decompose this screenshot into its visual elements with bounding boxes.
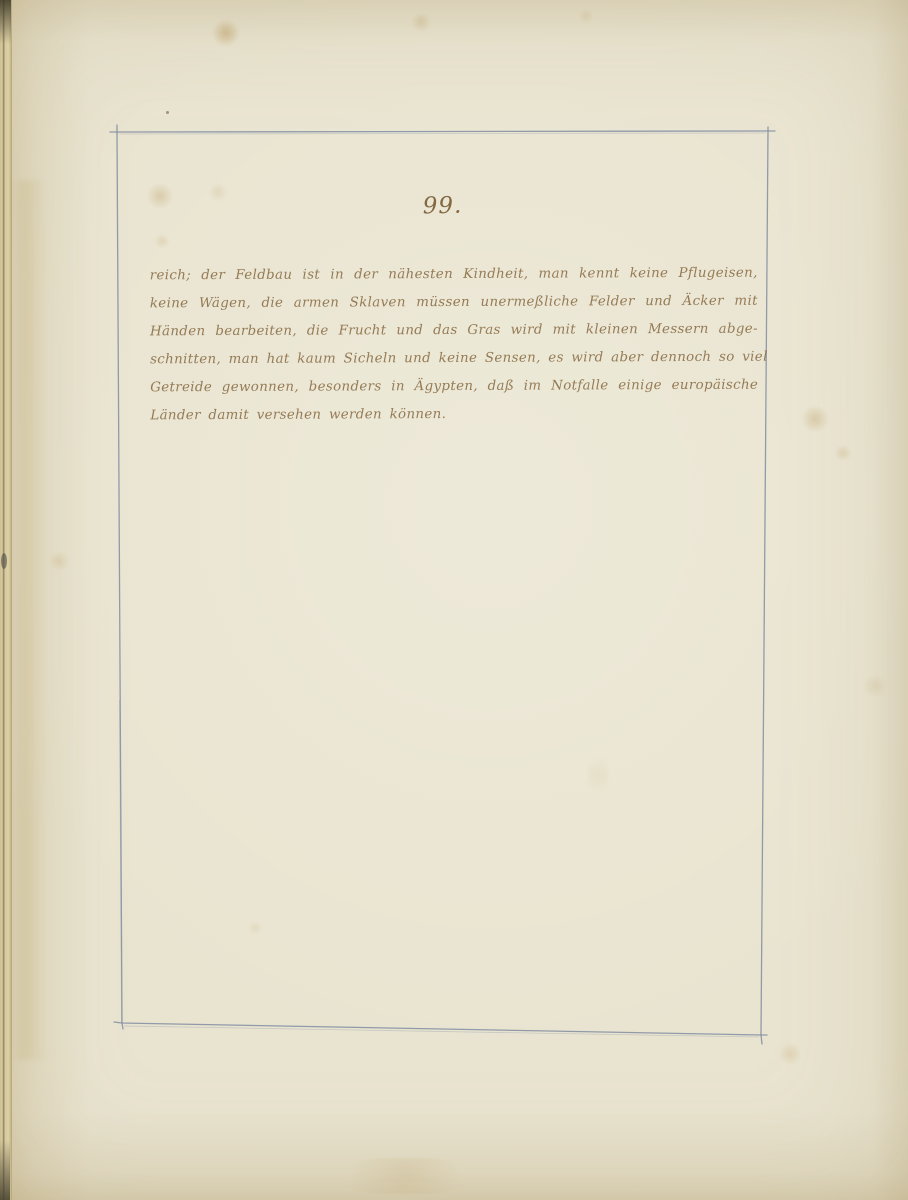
manuscript-line: Länder damit versehen werden können.: [150, 400, 758, 431]
book-page-photo: 99. reich; der Feldbau ist in der nähest…: [0, 0, 908, 1200]
manuscript-line: Getreide gewonnen, besonders in Ägypten,…: [150, 372, 758, 403]
ruled-border: [0, 0, 908, 1200]
manuscript-line: reich; der Feldbau ist in der nähesten K…: [150, 260, 758, 291]
manuscript-line: keine Wägen, die armen Sklaven müssen un…: [150, 288, 758, 319]
manuscript-line: Händen bearbeiten, die Frucht und das Gr…: [150, 316, 758, 347]
manuscript-line: schnitten, man hat kaum Sicheln und kein…: [150, 344, 758, 375]
handwritten-text-block: reich; der Feldbau ist in der nähesten K…: [150, 260, 759, 431]
